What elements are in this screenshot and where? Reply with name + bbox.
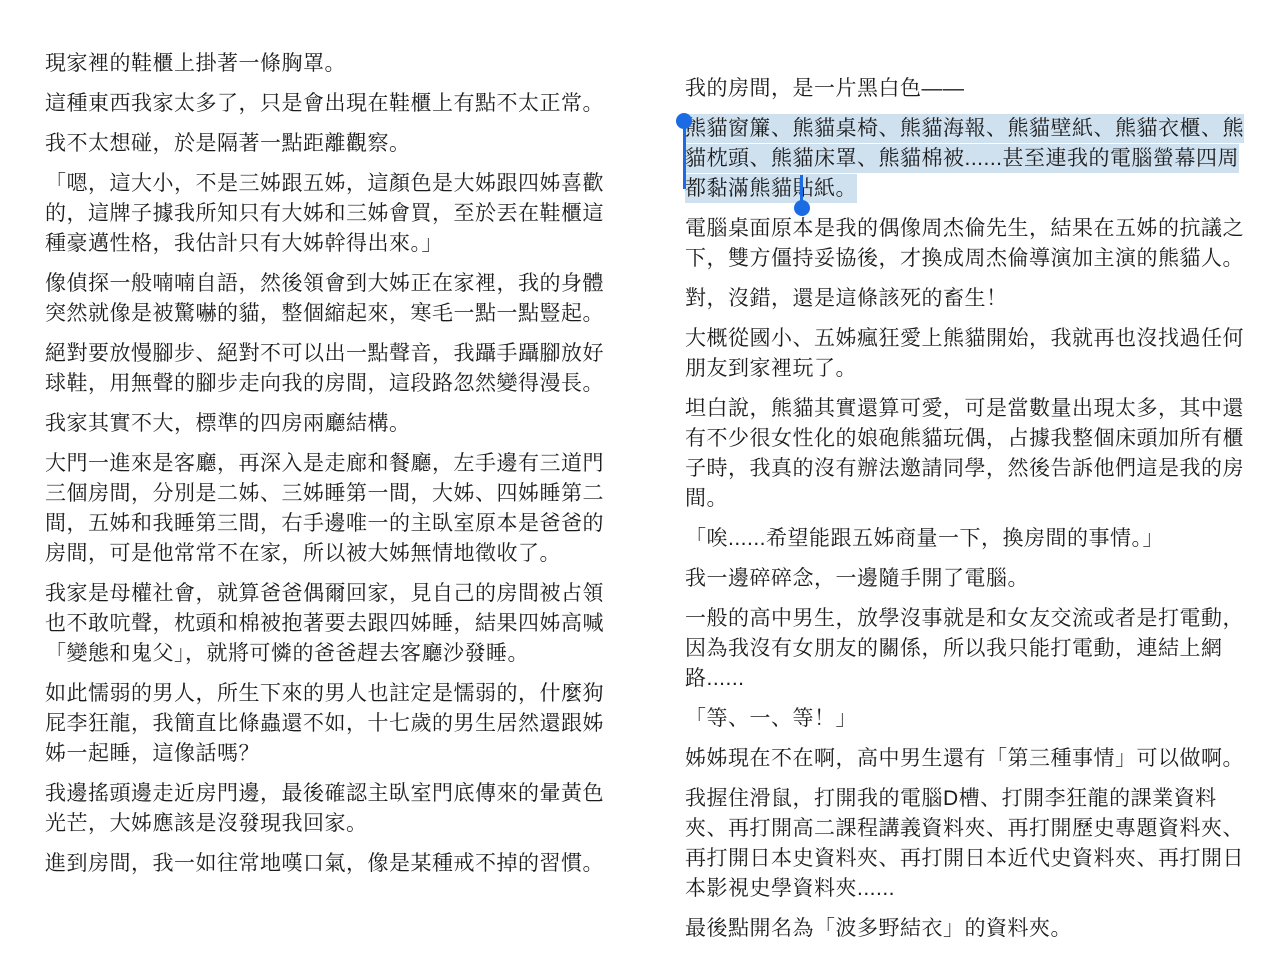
paragraph: 姊姊現在不在啊，高中男生還有「第三種事情」可以做啊。: [685, 744, 1245, 774]
paragraph: 「嗯，這大小，不是三姊跟五姊，這顏色是大姊跟四姊喜歡的，這牌子據我所知只有大姊和…: [45, 169, 617, 259]
paragraph: 坦白說，熊貓其實還算可愛，可是當數量出現太多，其中還有不少很女性化的娘砲熊貓玩偶…: [685, 394, 1245, 514]
paragraph: 我一邊碎碎念，一邊隨手開了電腦。: [685, 564, 1245, 594]
paragraph: 我的房間，是一片黑白色——: [685, 74, 1245, 104]
paragraph: 這種東西我家太多了，只是會出現在鞋櫃上有點不太正常。: [45, 89, 617, 119]
paragraph: 最後點開名為「波多野結衣」的資料夾。: [685, 914, 1245, 944]
paragraph: 進到房間，我一如往常地嘆口氣，像是某種戒不掉的習慣。: [45, 849, 617, 879]
paragraph: 大概從國小、五姊瘋狂愛上熊貓開始，我就再也沒找過任何朋友到家裡玩了。: [685, 324, 1245, 384]
paragraph: 現家裡的鞋櫃上掛著一條胸罩。: [45, 49, 617, 79]
selection-end-caret: [800, 175, 803, 202]
paragraph: 我握住滑鼠，打開我的電腦D槽、打開李狂龍的課業資料夾、再打開高二課程講義資料夾、…: [685, 784, 1245, 904]
paragraph: 「唉......希望能跟五姊商量一下，換房間的事情。」: [685, 524, 1245, 554]
right-page-text: 我的房間，是一片黑白色——熊貓窗簾、熊貓桌椅、熊貓海報、熊貓壁紙、熊貓衣櫃、熊貓…: [685, 74, 1245, 954]
reader-page-spread: 現家裡的鞋櫃上掛著一條胸罩。這種東西我家太多了，只是會出現在鞋櫃上有點不太正常。…: [0, 0, 1280, 960]
selection-start-caret: [683, 127, 686, 189]
paragraph: 「等、一、等！」: [685, 704, 1245, 734]
paragraph: 我不太想碰，於是隔著一點距離觀察。: [45, 129, 617, 159]
paragraph: 熊貓窗簾、熊貓桌椅、熊貓海報、熊貓壁紙、熊貓衣櫃、熊貓枕頭、熊貓床罩、熊貓棉被.…: [685, 114, 1245, 204]
paragraph: 電腦桌面原本是我的偶像周杰倫先生，結果在五姊的抗議之下，雙方僵持妥協後，才換成周…: [685, 214, 1245, 274]
paragraph: 我邊搖頭邊走近房門邊，最後確認主臥室門底傳來的暈黃色光芒，大姊應該是沒發現我回家…: [45, 779, 617, 839]
paragraph: 如此懦弱的男人，所生下來的男人也註定是懦弱的，什麼狗屁李狂龍，我簡直比條蟲還不如…: [45, 679, 617, 769]
selected-text[interactable]: 熊貓窗簾、熊貓桌椅、熊貓海報、熊貓壁紙、熊貓衣櫃、熊貓枕頭、熊貓床罩、熊貓棉被.…: [685, 114, 1244, 203]
selection-end-ball-icon[interactable]: [794, 200, 810, 216]
paragraph: 一般的高中男生，放學沒事就是和女友交流或者是打電動，因為我沒有女朋友的關係，所以…: [685, 604, 1245, 694]
paragraph: 大門一進來是客廳，再深入是走廊和餐廳，左手邊有三道門三個房間，分別是二姊、三姊睡…: [45, 449, 617, 569]
paragraph: 我家是母權社會，就算爸爸偶爾回家，見自己的房間被占領也不敢吭聲，枕頭和棉被抱著要…: [45, 579, 617, 669]
paragraph: 絕對要放慢腳步、絕對不可以出一點聲音，我躡手躡腳放好球鞋，用無聲的腳步走向我的房…: [45, 339, 617, 399]
paragraph: 像偵探一般喃喃自語，然後領會到大姊正在家裡，我的身體突然就像是被驚嚇的貓，整個縮…: [45, 269, 617, 329]
paragraph: 對，沒錯，還是這條該死的畜生！: [685, 284, 1245, 314]
left-page-text: 現家裡的鞋櫃上掛著一條胸罩。這種東西我家太多了，只是會出現在鞋櫃上有點不太正常。…: [45, 49, 617, 889]
paragraph: 我家其實不大，標準的四房兩廳結構。: [45, 409, 617, 439]
